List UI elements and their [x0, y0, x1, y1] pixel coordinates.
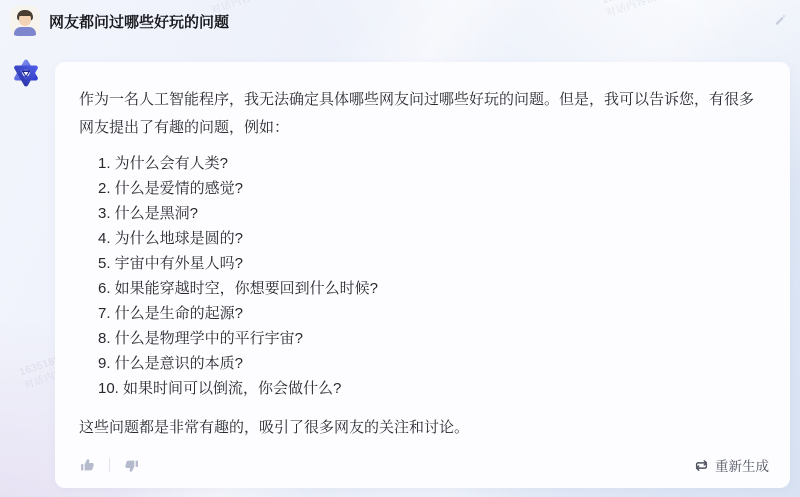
- answer-outro: 这些问题都是非常有趣的，吸引了很多网友的关注和讨论。: [79, 414, 766, 442]
- user-avatar: [10, 6, 40, 36]
- pencil-icon: [774, 14, 786, 26]
- refresh-icon: [694, 458, 709, 473]
- feedback-divider: [109, 458, 110, 472]
- regenerate-button[interactable]: 重新生成: [694, 455, 769, 475]
- thumbs-up-button[interactable]: [79, 457, 96, 474]
- question-title: 网友都问过哪些好玩的问题: [49, 11, 229, 32]
- list-item: 1. 为什么会有人类?: [98, 151, 766, 176]
- answer-question-list: 1. 为什么会有人类?2. 什么是爱情的感觉?3. 什么是黑洞?4. 为什么地球…: [79, 151, 766, 401]
- list-item: 8. 什么是物理学中的平行宇宙?: [98, 326, 766, 351]
- list-item: 9. 什么是意识的本质?: [98, 351, 766, 376]
- feedback-group: [79, 457, 140, 474]
- thumbs-up-icon: [79, 457, 96, 474]
- regenerate-label: 重新生成: [715, 455, 769, 475]
- answer-intro: 作为一名人工智能程序，我无法确定具体哪些网友问过哪些好玩的问题。但是，我可以告诉…: [79, 86, 766, 142]
- list-item: 2. 什么是爱情的感觉?: [98, 176, 766, 201]
- list-item: 6. 如果能穿越时空，你想要回到什么时候?: [98, 276, 766, 301]
- thumbs-down-button[interactable]: [123, 457, 140, 474]
- message-actions: 重新生成: [79, 455, 769, 475]
- list-item: 7. 什么是生命的起源?: [98, 301, 766, 326]
- assistant-message-card: 作为一名人工智能程序，我无法确定具体哪些网友问过哪些好玩的问题。但是，我可以告诉…: [55, 62, 790, 488]
- qwen-logo-icon: [11, 58, 41, 88]
- list-item: 4. 为什么地球是圆的?: [98, 226, 766, 251]
- thumbs-down-icon: [123, 457, 140, 474]
- chat-page: 16351808513733367对话内容由AI自动生成163518085137…: [0, 0, 800, 497]
- list-item: 10. 如果时间可以倒流，你会做什么?: [98, 376, 766, 401]
- avatar-body: [14, 27, 36, 36]
- list-item: 5. 宇宙中有外星人吗?: [98, 251, 766, 276]
- avatar-fringe: [18, 11, 32, 16]
- list-item: 3. 什么是黑洞?: [98, 201, 766, 226]
- user-question-row: 网友都问过哪些好玩的问题: [10, 6, 756, 36]
- edit-question-button[interactable]: [772, 12, 788, 28]
- assistant-avatar: [11, 58, 41, 88]
